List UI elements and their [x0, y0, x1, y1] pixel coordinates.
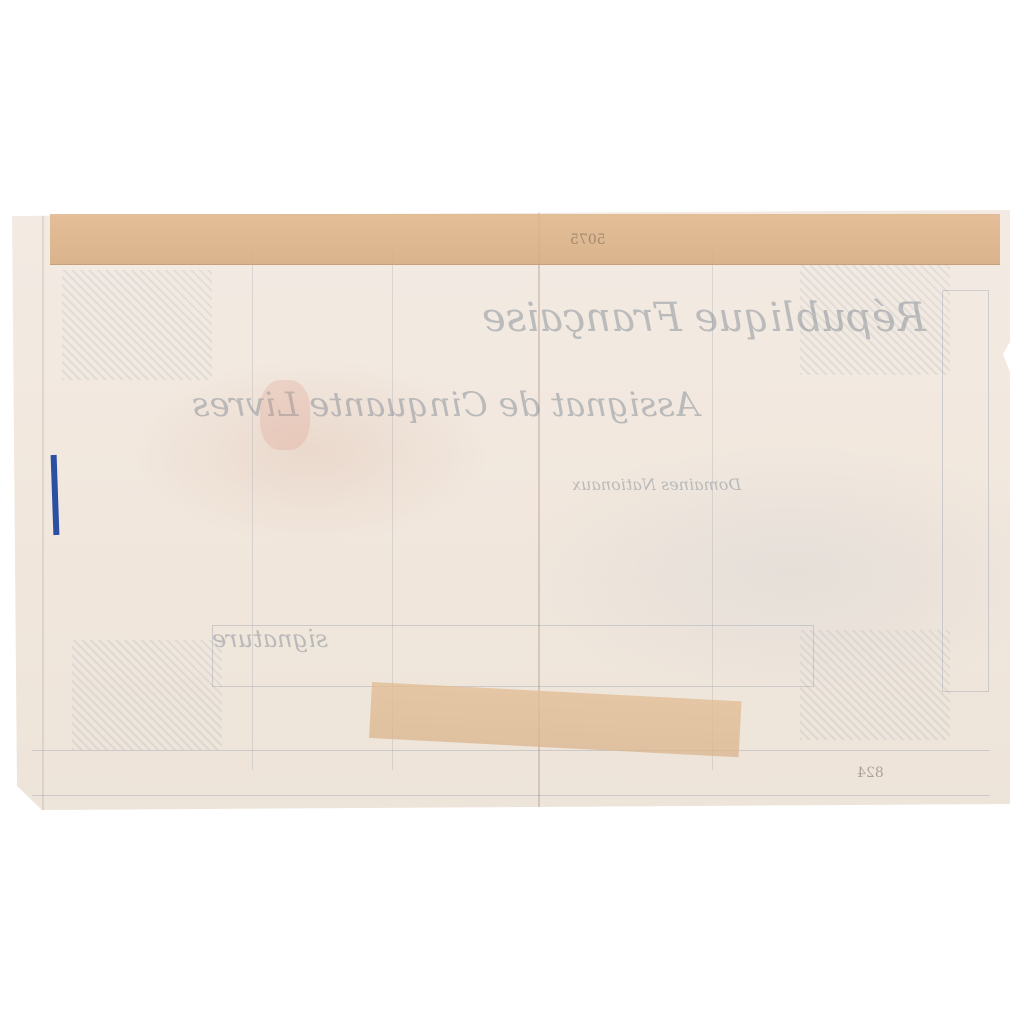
left-fold [42, 210, 44, 810]
bottom-border-line [32, 750, 990, 751]
red-stain [260, 380, 310, 450]
bottom-border-line-2 [32, 795, 990, 796]
corner-ornament [800, 630, 950, 740]
corner-ornament [62, 270, 212, 380]
side-frame [942, 290, 989, 692]
serial-bottom: 824 [857, 765, 884, 781]
show-through-signature: signature [212, 625, 328, 653]
tape-strip-top: 5075 [50, 214, 1000, 265]
panel-line [252, 250, 253, 770]
corner-ornament [72, 640, 222, 750]
show-through-subtitle: Domaines Nationaux [572, 475, 741, 494]
serial-top: 5075 [570, 232, 606, 248]
show-through-title: République Française [482, 295, 926, 341]
